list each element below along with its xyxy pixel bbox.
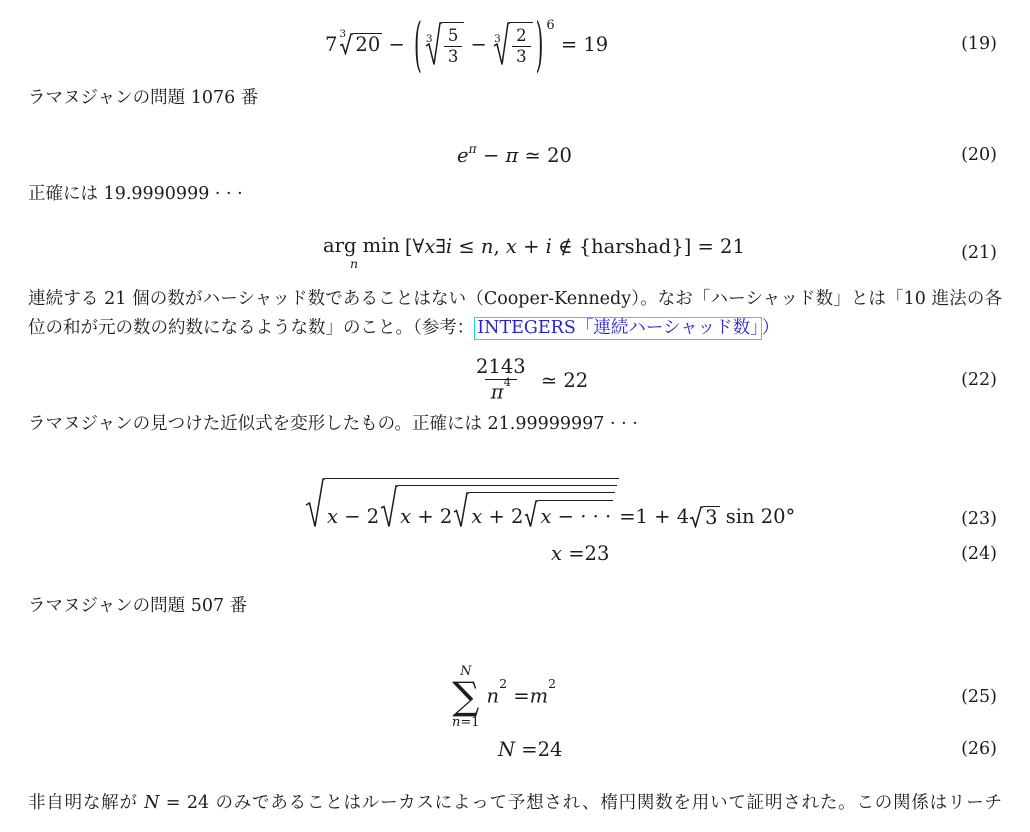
paragraph-exact-value-22: ラマヌジャンの見つけた近似式を変形したもの。正確には 21.99999997 ·… — [28, 410, 1002, 439]
variable-N: N — [144, 793, 159, 813]
pi: π — [506, 144, 519, 167]
nested-radical-2: x + 2 x + 2 x − · · · — [380, 485, 617, 528]
paragraph-ramanujan-507: ラマヌジャンの問題 507 番 — [28, 592, 1002, 621]
equation-24: x =23 — [551, 542, 609, 565]
root-index: 3 — [339, 28, 346, 40]
equation-25: N ∑ n=1 n2 =m2 — [452, 665, 556, 729]
exponent: 6 — [546, 18, 554, 33]
radical-sign — [380, 485, 398, 528]
integers-harshad-link[interactable]: INTEGERS「連続ハーシャッド数」 — [474, 317, 762, 340]
approx-relation: ≃ — [518, 144, 547, 167]
paragraph-harshad: 連続する 21 個の数がハーシャッド数であることはない（Cooper-Kenne… — [28, 285, 1002, 342]
equation-number: (21) — [961, 243, 1030, 263]
equation-19: 7 3 20 − ( 3 53 − 3 23 ) 6 = 19 — [325, 22, 608, 66]
equals: = — [619, 506, 635, 528]
denominator: π4 — [485, 379, 517, 405]
equation-26-row: N =24 (26) — [0, 736, 1030, 762]
radicand: 20 — [355, 35, 380, 55]
minus-operator: − — [477, 144, 506, 167]
value: 22 — [563, 369, 588, 392]
equation-25-row: N ∑ n=1 n2 =m2 (25) — [0, 656, 1030, 738]
numerator: 2143 — [470, 355, 532, 379]
cube-root-fraction: 3 23 — [493, 22, 533, 66]
value: 23 — [585, 542, 610, 565]
summation-operator: N ∑ n=1 — [452, 665, 480, 729]
variable-N: N — [498, 738, 515, 761]
paragraph-lucas: 非自明な解が N = 24 のみであることはルーカスによって予想され、楕円関数を… — [28, 789, 1002, 818]
equation-number: (26) — [961, 739, 1030, 759]
argmin-subscript: n — [323, 258, 358, 271]
equation-19-row: 7 3 20 − ( 3 53 − 3 23 ) 6 = 19 ( — [0, 8, 1030, 80]
equation-21: arg min n [∀x∃i ≤ n, x + i ∉ {harshad}] … — [323, 236, 745, 271]
equation-23: x − 2 x + 2 x + 2 x − — [305, 478, 795, 528]
cube-root-fraction: 3 53 — [425, 22, 465, 66]
equation-number: (19) — [961, 34, 1030, 54]
close-paren: ) — [536, 15, 544, 74]
nested-radical-1: x − 2 x + 2 x + 2 x − — [305, 478, 619, 528]
equals-rhs: = 19 — [555, 33, 609, 56]
minus-operator: − — [464, 33, 493, 56]
equation-20-row: eπ − π ≃ 20 (20) — [0, 139, 1030, 171]
predicate-body: [∀x∃i ≤ n, x + i ∉ {harshad}] = 21 — [405, 235, 745, 258]
root-index: 3 — [494, 33, 501, 45]
open-paren: ( — [414, 15, 422, 74]
equation-23-row: x − 2 x + 2 x + 2 x − — [0, 468, 1030, 538]
equals: = — [515, 738, 538, 761]
nested-radical-4: x − · · · — [524, 500, 613, 528]
summation-body: n2 =m2 — [487, 683, 557, 708]
equation-number: (25) — [961, 687, 1030, 707]
link-close-paren: ） — [762, 318, 780, 338]
sigma-symbol: ∑ — [452, 680, 479, 712]
variable-e: e — [457, 144, 469, 167]
radical-sign — [689, 506, 703, 528]
fraction: 23 — [512, 26, 531, 66]
equation-number: (23) — [961, 509, 1030, 529]
equation-26: N =24 — [498, 738, 562, 761]
radical-sign — [453, 492, 469, 528]
square-root: 3 — [689, 506, 719, 528]
radical-sign — [524, 500, 538, 528]
paragraph-ramanujan-1076: ラマヌジャンの問題 1076 番 — [28, 84, 1002, 113]
fraction: 53 — [444, 26, 463, 66]
value: 24 — [538, 738, 563, 761]
document-page: 7 3 20 − ( 3 53 − 3 23 ) 6 = 19 ( — [0, 0, 1030, 832]
radicand: 3 — [705, 508, 717, 528]
radical-sign — [305, 478, 325, 528]
equation-21-row: arg min n [∀x∃i ≤ n, x + i ∉ {harshad}] … — [0, 231, 1030, 275]
equation-number: (20) — [961, 145, 1030, 165]
approx-relation: ≃ — [535, 369, 564, 392]
sin-term: sin 20° — [720, 506, 796, 528]
equation-20: eπ − π ≃ 20 — [457, 144, 572, 167]
equals: = — [562, 542, 585, 565]
paragraph-exact-value-20: 正確には 19.9990999 · · · — [28, 180, 1002, 209]
root-index: 3 — [426, 33, 433, 45]
coefficient: 7 — [325, 33, 337, 56]
equation-number: (24) — [961, 544, 1030, 564]
equation-number: (22) — [961, 370, 1030, 390]
equation-24-row: x =23 (24) — [0, 540, 1030, 567]
value: 20 — [547, 144, 572, 167]
minus-operator: − — [382, 33, 411, 56]
link-underline: INTEGERS「連続ハーシャッド数」 — [474, 318, 762, 340]
fraction: 2143 π4 — [470, 355, 532, 405]
sum-lower-limit: n=1 — [452, 716, 480, 729]
equation-23-rhs: =1 + 43 sin 20° — [619, 506, 795, 528]
superscript-pi: π — [469, 141, 477, 156]
equation-22: 2143 π4 ≃ 22 — [470, 355, 588, 405]
cube-root: 3 20 — [339, 33, 382, 55]
argmin-operator: arg min n — [323, 236, 400, 271]
nested-radical-3: x + 2 x − · · · — [453, 492, 615, 528]
variable-x: x — [551, 542, 562, 565]
equation-22-row: 2143 π4 ≃ 22 (22) — [0, 355, 1030, 405]
